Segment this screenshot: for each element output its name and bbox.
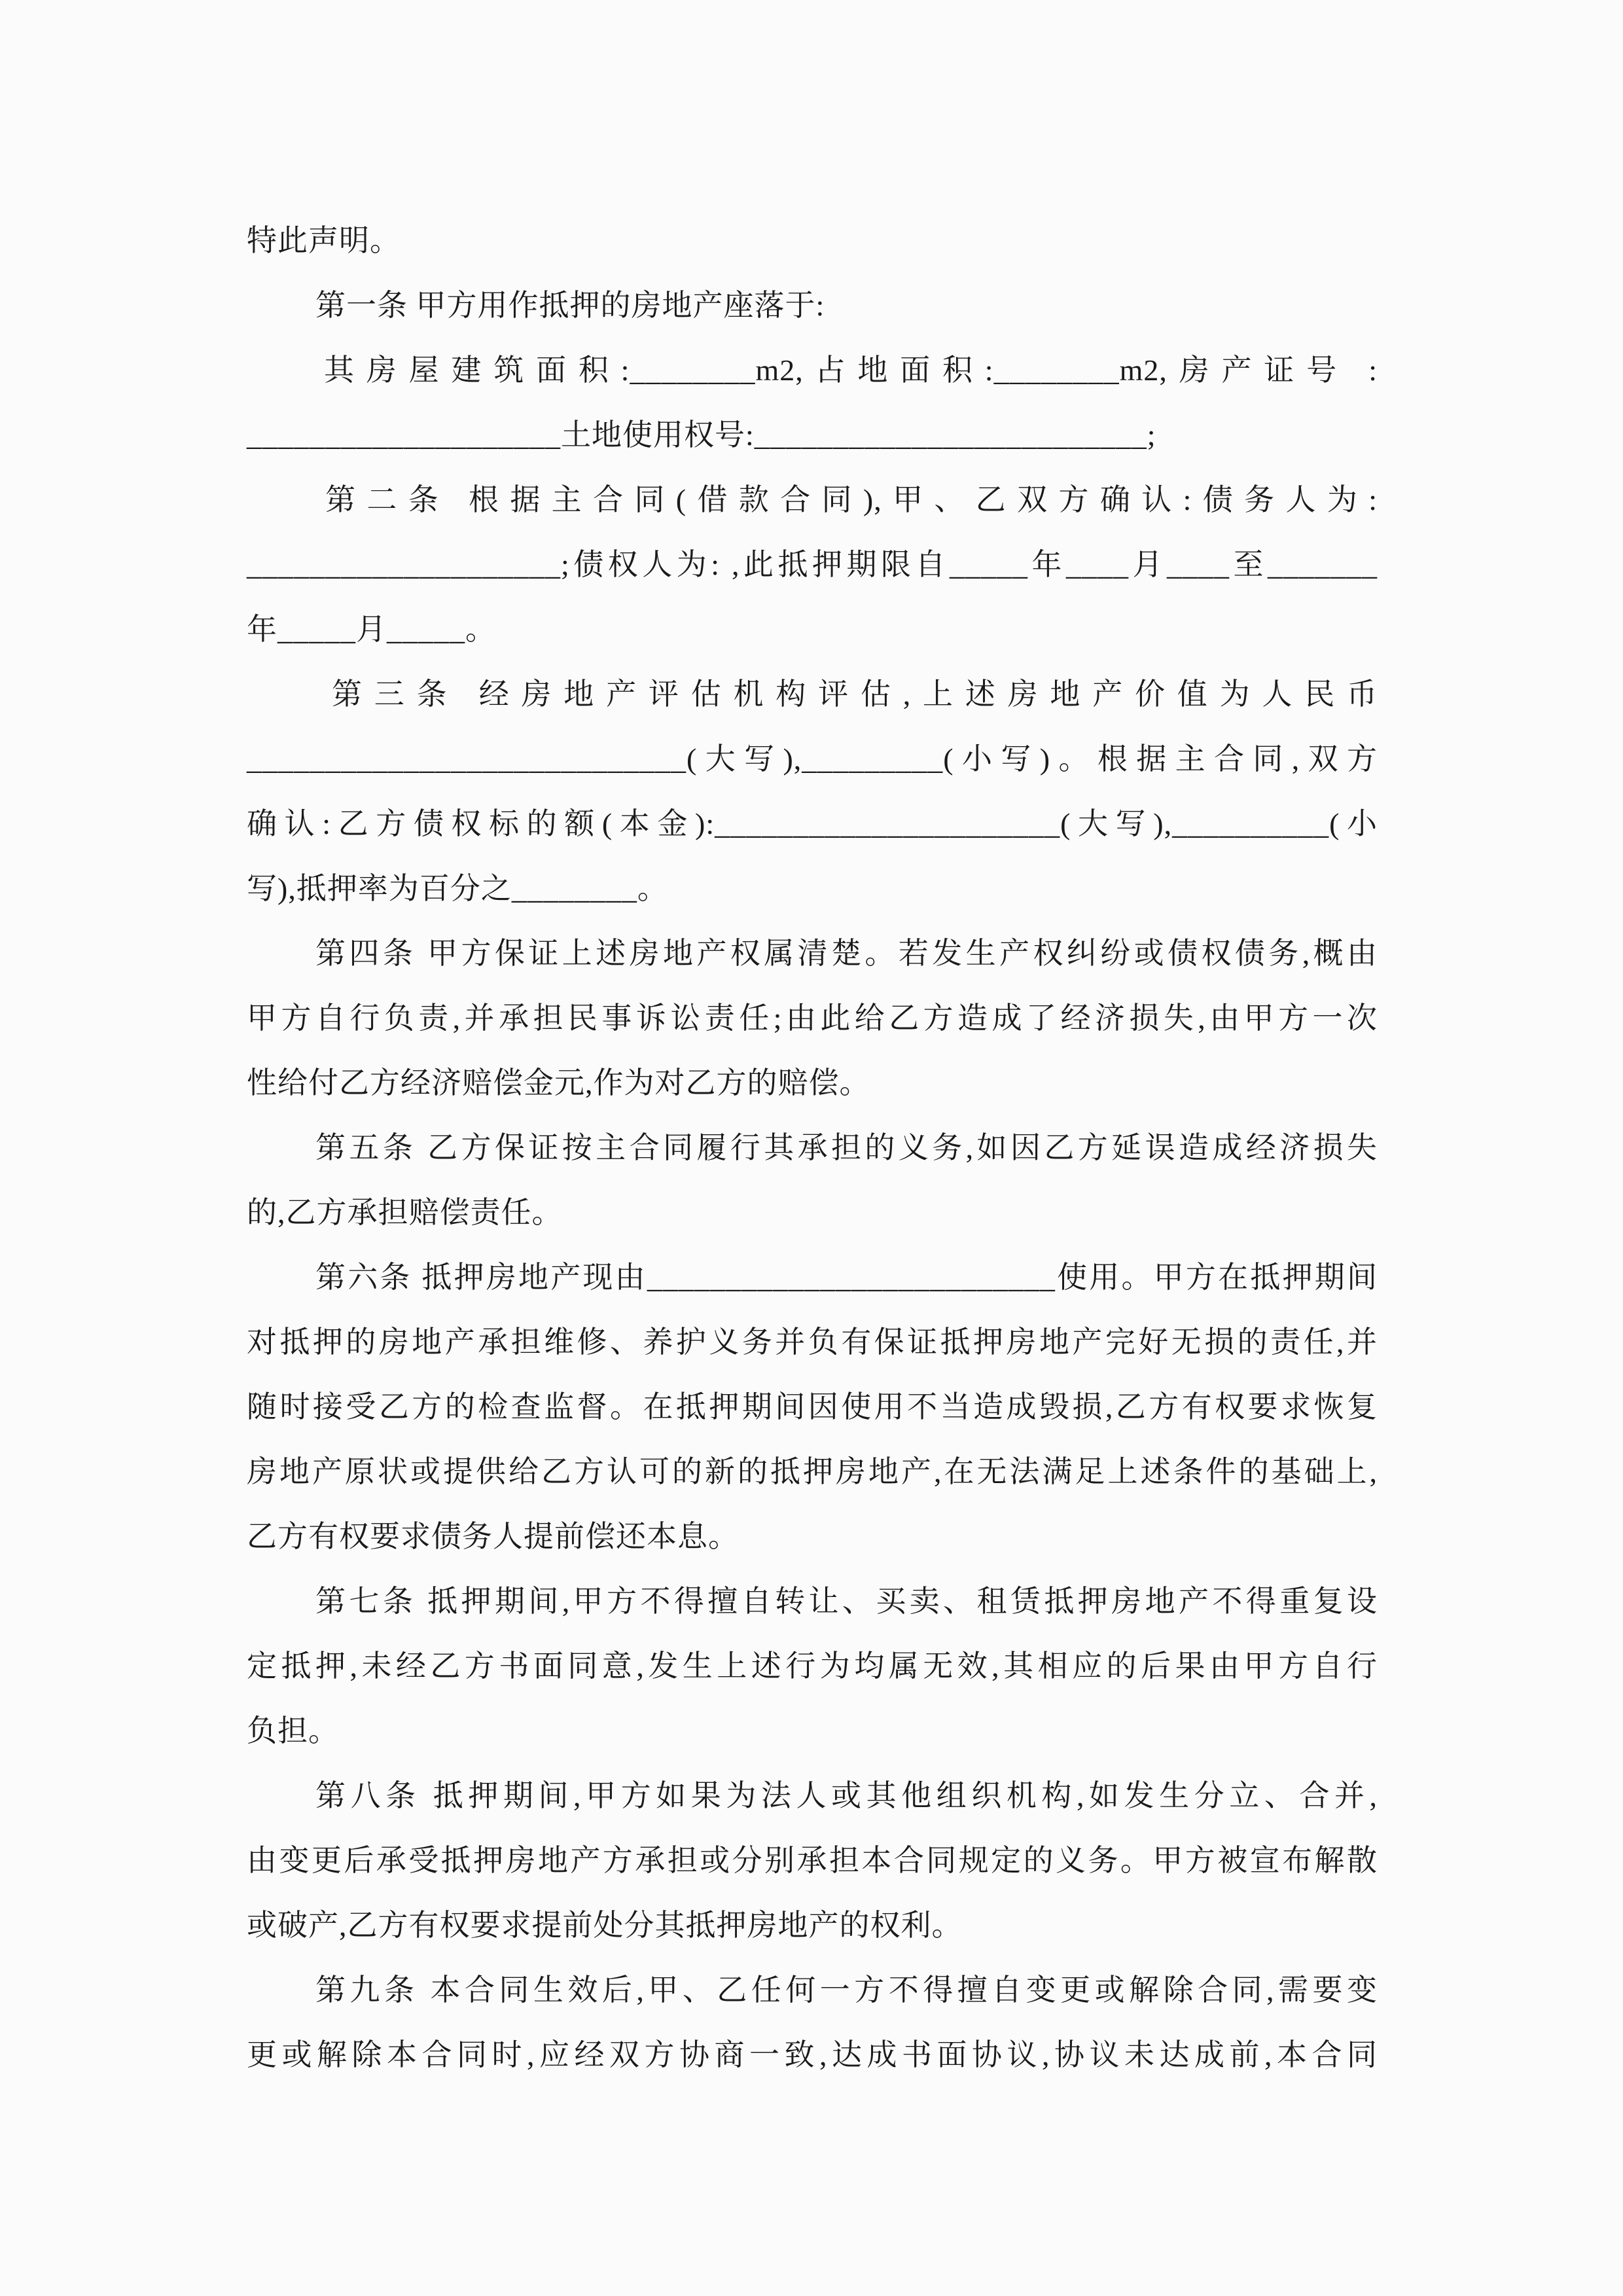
text-line: 第三条 经房地产评估机构评估,上述房地产价值为人民币 bbox=[247, 662, 1378, 726]
text-line: 乙方有权要求债务人提前偿还本息。 bbox=[247, 1504, 1378, 1569]
text-line: 第五条 乙方保证按主合同履行其承担的义务,如因乙方延误造成经济损失 bbox=[247, 1115, 1378, 1180]
text-line: 第八条 抵押期间,甲方如果为法人或其他组织机构,如发生分立、合并, bbox=[247, 1763, 1378, 1828]
contract-document-page: 特此声明。第一条 甲方用作抵押的房地产座落于:其房屋建筑面积:________m… bbox=[0, 0, 1623, 2296]
text-line: 的,乙方承担赔偿责任。 bbox=[247, 1180, 1378, 1245]
text-line: 年_____月_____。 bbox=[247, 597, 1378, 662]
text-line: 第七条 抵押期间,甲方不得擅自转让、买卖、租赁抵押房地产不得重复设 bbox=[247, 1569, 1378, 1634]
text-line: 确认:乙方债权标的额(本金):______________________(大写… bbox=[247, 791, 1378, 856]
text-line: 第二条 根据主合同(借款合同),甲、乙双方确认:债务人为: bbox=[247, 467, 1378, 532]
text-line: 其房屋建筑面积:________m2,占地面积:________m2,房产证号 … bbox=[247, 338, 1378, 403]
text-line: 性给付乙方经济赔偿金元,作为对乙方的赔偿。 bbox=[247, 1050, 1378, 1115]
text-line: 特此声明。 bbox=[247, 208, 1378, 273]
text-line: ____________________________(大写),_______… bbox=[247, 726, 1378, 791]
text-line: ____________________土地使用权号:_____________… bbox=[247, 403, 1378, 467]
text-line: ____________________;债权人为: ,此抵押期限自_____年… bbox=[247, 532, 1378, 597]
text-line: 第九条 本合同生效后,甲、乙任何一方不得擅自变更或解除合同,需要变 bbox=[247, 1958, 1378, 2022]
text-line: 更或解除本合同时,应经双方协商一致,达成书面协议,协议未达成前,本合同 bbox=[247, 2022, 1378, 2087]
text-line: 房地产原状或提供给乙方认可的新的抵押房地产,在无法满足上述条件的基础上, bbox=[247, 1439, 1378, 1504]
text-line: 第四条 甲方保证上述房地产权属清楚。若发生产权纠纷或债权债务,概由 bbox=[247, 921, 1378, 986]
text-line: 写),抵押率为百分之________。 bbox=[247, 856, 1378, 921]
text-line: 第六条 抵押房地产现由__________________________使用。… bbox=[247, 1245, 1378, 1310]
text-line: 负担。 bbox=[247, 1698, 1378, 1763]
text-line: 甲方自行负责,并承担民事诉讼责任;由此给乙方造成了经济损失,由甲方一次 bbox=[247, 986, 1378, 1050]
text-line: 由变更后承受抵押房地产方承担或分别承担本合同规定的义务。甲方被宣布解散 bbox=[247, 1828, 1378, 1893]
text-line: 随时接受乙方的检查监督。在抵押期间因使用不当造成毁损,乙方有权要求恢复 bbox=[247, 1374, 1378, 1439]
text-line: 定抵押,未经乙方书面同意,发生上述行为均属无效,其相应的后果由甲方自行 bbox=[247, 1634, 1378, 1698]
text-line: 对抵押的房地产承担维修、养护义务并负有保证抵押房地产完好无损的责任,并 bbox=[247, 1310, 1378, 1374]
document-body: 特此声明。第一条 甲方用作抵押的房地产座落于:其房屋建筑面积:________m… bbox=[247, 208, 1378, 2087]
text-line: 第一条 甲方用作抵押的房地产座落于: bbox=[247, 273, 1378, 338]
text-line: 或破产,乙方有权要求提前处分其抵押房地产的权利。 bbox=[247, 1893, 1378, 1958]
